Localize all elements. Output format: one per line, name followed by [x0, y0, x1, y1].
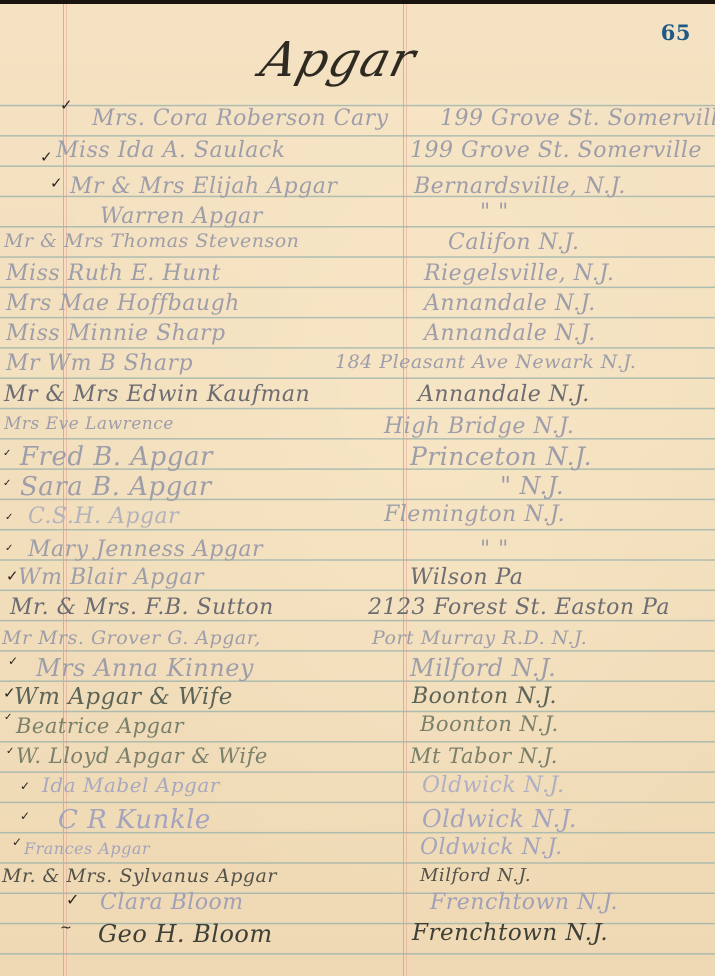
list-item: Mrs Mae Hoffbaugh Annandale N.J.	[0, 287, 715, 317]
checkmark-icon: ✓	[3, 448, 11, 459]
entry-address: Port Murray R.D. N.J.	[372, 627, 587, 649]
entry-address: Frenchtown N.J.	[430, 890, 618, 915]
list-item: ✓ C R Kunkle Oldwick N.J.	[0, 801, 715, 831]
list-item: ✓ Sara B. Apgar " N.J.	[0, 468, 715, 498]
entry-name: Mr & Mrs Edwin Kaufman	[4, 382, 310, 407]
ledger-page: 65 Apgar ✓ Mrs. Cora Roberson Cary 199 G…	[0, 4, 715, 976]
list-item: ✓ Clara Bloom Frenchtown N.J.	[0, 886, 715, 916]
checkmark-icon: ✓	[20, 779, 30, 793]
entry-name: Frances Apgar	[24, 839, 150, 858]
entry-name: Wm Apgar & Wife	[14, 684, 233, 710]
checkmark-icon: ✓	[4, 712, 12, 723]
entry-address: Boonton N.J.	[420, 712, 559, 736]
entry-address: Riegelsville, N.J.	[424, 261, 615, 286]
entry-address: Oldwick N.J.	[422, 805, 577, 833]
entry-name: Geo H. Bloom	[98, 920, 273, 948]
list-item: ✓ Mary Jenness Apgar " "	[0, 529, 715, 559]
checkmark-icon: ✓	[50, 174, 63, 192]
entry-address: Milford N.J.	[410, 654, 556, 682]
list-item: Miss Minnie Sharp Annandale N.J.	[0, 317, 715, 347]
entry-address: Califon N.J.	[448, 230, 580, 255]
entry-address: 184 Pleasant Ave Newark N.J.	[335, 351, 636, 373]
entry-name: Miss Ruth E. Hunt	[6, 261, 221, 286]
entry-address: Milford N.J.	[420, 865, 531, 886]
entry-address: Frenchtown N.J.	[412, 920, 608, 946]
entry-name: Miss Ida A. Saulack	[56, 138, 286, 163]
entry-name: Mr. & Mrs. Sylvanus Apgar	[2, 865, 277, 887]
list-item: ✓ Mr & Mrs Elijah Apgar Bernardsville, N…	[0, 166, 715, 196]
checkmark-icon: ✓	[66, 890, 79, 909]
list-item: ✓ C.S.H. Apgar Flemington N.J.	[0, 498, 715, 528]
entry-address: Annandale N.J.	[418, 382, 590, 407]
entry-address: " "	[480, 200, 509, 225]
entry-address: 199 Grove St. Somerville	[410, 138, 702, 163]
list-item: ✓ Mrs Anna Kinney Milford N.J.	[0, 650, 715, 680]
list-item: ✓ Fred B. Apgar Princeton N.J.	[0, 438, 715, 468]
list-item: ~ Geo H. Bloom Frenchtown N.J.	[0, 918, 715, 948]
entry-address: Wilson Pa	[410, 565, 523, 590]
list-item: ✓ Beatrice Apgar Boonton N.J.	[0, 710, 715, 740]
entry-address: Oldwick N.J.	[422, 773, 565, 798]
entry-name: Mr Mrs. Grover G. Apgar,	[2, 627, 261, 649]
entry-name: Wm Blair Apgar	[18, 565, 204, 590]
entry-name: Mr. & Mrs. F.B. Sutton	[10, 595, 274, 620]
entry-address: 2123 Forest St. Easton Pa	[368, 595, 670, 620]
entry-name: W. Lloyd Apgar & Wife	[16, 744, 268, 768]
checkmark-icon: ✓	[6, 746, 14, 757]
entry-address: Boonton N.J.	[412, 684, 557, 709]
entry-name: Ida Mabel Apgar	[42, 773, 220, 797]
entry-address: Mt Tabor N.J.	[410, 744, 558, 768]
entry-address: Flemington N.J.	[384, 502, 565, 527]
entry-name: Mr Wm B Sharp	[6, 351, 193, 376]
entry-address: Oldwick N.J.	[420, 835, 563, 860]
list-item: Miss Ruth E. Hunt Riegelsville, N.J.	[0, 257, 715, 287]
list-item: ✓ Mrs. Cora Roberson Cary 199 Grove St. …	[0, 104, 715, 134]
checkmark-icon: ✓	[5, 512, 13, 523]
checkmark-icon: ✓	[60, 96, 73, 114]
list-item: Mr Mrs. Grover G. Apgar, Port Murray R.D…	[0, 619, 715, 649]
checkmark-icon: ✓	[8, 654, 18, 668]
checkmark-icon: ✓	[3, 478, 11, 489]
list-item: ✓ W. Lloyd Apgar & Wife Mt Tabor N.J.	[0, 740, 715, 770]
list-item: ✓ Miss Ida A. Saulack 199 Grove St. Some…	[0, 136, 715, 166]
entry-name: Mrs Mae Hoffbaugh	[6, 291, 240, 316]
entry-address: Annandale N.J.	[424, 291, 596, 316]
checkmark-icon: ✓	[5, 543, 13, 554]
list-item: ✓ Ida Mabel Apgar Oldwick N.J.	[0, 771, 715, 801]
list-item: Mr Wm B Sharp 184 Pleasant Ave Newark N.…	[0, 347, 715, 377]
checkmark-icon: ✓	[40, 148, 53, 166]
entry-address: Annandale N.J.	[424, 321, 596, 346]
entry-address: High Bridge N.J.	[384, 414, 574, 439]
list-item: ✓ Wm Blair Apgar Wilson Pa	[0, 559, 715, 589]
list-item: Warren Apgar " "	[0, 196, 715, 226]
entry-name: Mrs. Cora Roberson Cary	[92, 106, 389, 131]
entry-name: Clara Bloom	[100, 890, 244, 915]
entry-name: Beatrice Apgar	[16, 714, 184, 738]
entry-name: C.S.H. Apgar	[28, 504, 179, 529]
entry-address: Princeton N.J.	[410, 442, 592, 471]
list-item: Mrs Eve Lawrence High Bridge N.J.	[0, 408, 715, 438]
entry-address: " N.J.	[500, 472, 564, 500]
list-item: ✓ Frances Apgar Oldwick N.J.	[0, 831, 715, 861]
list-item: Mr. & Mrs. F.B. Sutton 2123 Forest St. E…	[0, 589, 715, 619]
page-heading: Apgar	[255, 32, 422, 88]
checkmark-icon: ✓	[20, 809, 30, 823]
tilde-mark-icon: ~	[60, 920, 72, 936]
entry-name: Mrs Anna Kinney	[36, 654, 254, 682]
entry-name: Miss Minnie Sharp	[6, 321, 226, 346]
entry-name: Mr & Mrs Thomas Stevenson	[4, 230, 299, 252]
checkmark-icon: ✓	[6, 567, 19, 585]
checkmark-icon: ✓	[12, 835, 22, 849]
list-item: ✓ Wm Apgar & Wife Boonton N.J.	[0, 680, 715, 710]
page-number: 65	[661, 20, 691, 45]
list-item: Mr & Mrs Edwin Kaufman Annandale N.J.	[0, 378, 715, 408]
entry-name: Mrs Eve Lawrence	[4, 414, 174, 434]
list-item: Mr & Mrs Thomas Stevenson Califon N.J.	[0, 226, 715, 256]
entry-address: 199 Grove St. Somerville	[440, 106, 715, 131]
